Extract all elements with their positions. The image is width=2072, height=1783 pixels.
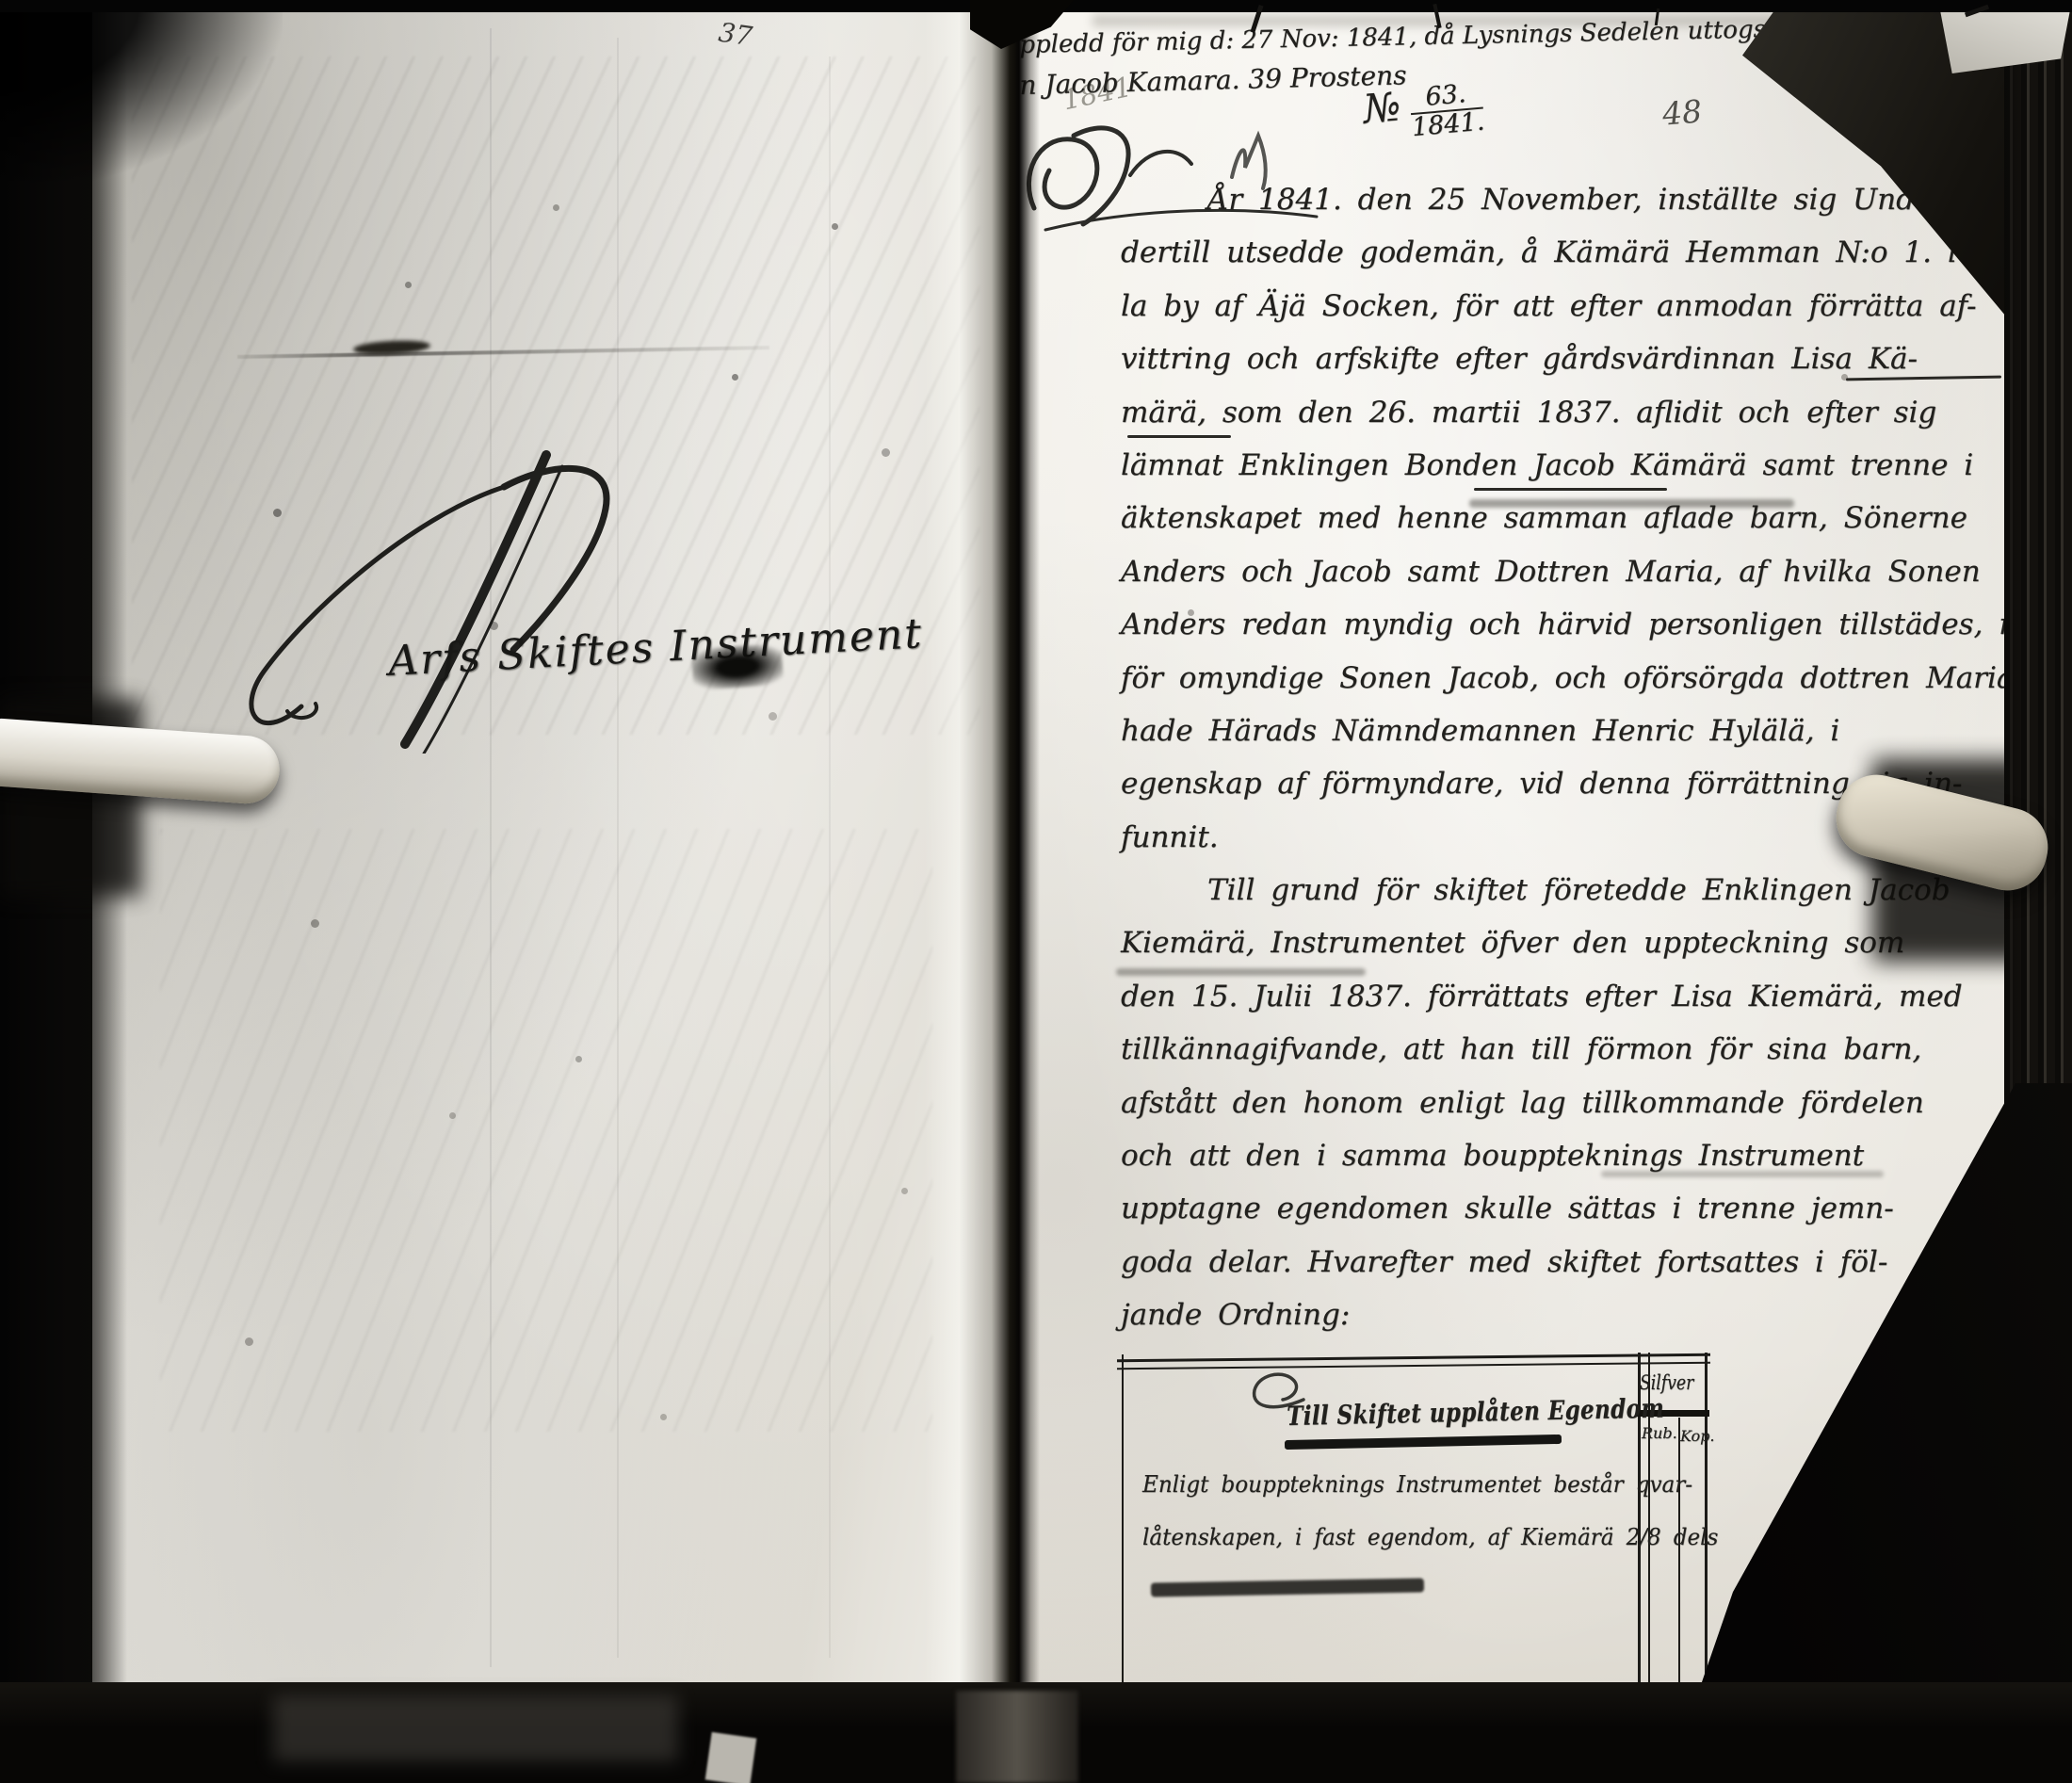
handwritten-line: vittring och arfskifte efter gårdsvärdin…: [1121, 332, 2015, 385]
handwritten-line: och att den i samma bouppteknings Instru…: [1121, 1129, 2015, 1182]
photo-corner-shadow: [0, 0, 283, 188]
kopeks-column-label: Kop.: [1680, 1427, 1714, 1445]
handwritten-line: märä, som den 26. martii 1837. aflidit o…: [1121, 386, 2015, 439]
account-column-rule: [1122, 1354, 1124, 1686]
handwritten-line: hade Härads Nämndemannen Henric Hylälä, …: [1121, 705, 2015, 757]
handwritten-line: äktenskapet med henne samman aflade barn…: [1121, 492, 2015, 544]
handwritten-line: Anders redan myndig och härvid personlig…: [1121, 598, 2015, 651]
page-edge-sliver: [705, 1732, 757, 1783]
archival-scan-photo: Arfs Skiftes Instrument 37 ppledd för mi…: [0, 0, 2072, 1783]
handwritten-line: afstått den honom enligt lag tillkommand…: [1121, 1077, 2015, 1129]
handwritten-line: Enligt bouppteknings Instrumentet består…: [1142, 1458, 1649, 1511]
case-number: № 63. 1841.: [1362, 80, 1486, 147]
handwritten-line: dertill utsedde godemän, å Kämärä Hemman…: [1121, 226, 2015, 279]
page-edges-bottom: [956, 1691, 1078, 1783]
handwritten-line: Anders och Jacob samt Dottren Maria, af …: [1121, 545, 2015, 598]
bleed-through-marks: [160, 829, 932, 1432]
handwritten-line: goda delar. Hvarefter med skiftet fortsa…: [1121, 1236, 2015, 1289]
handwritten-line: för omyndige Sonen Jacob, och oförsörgda…: [1121, 652, 2015, 705]
handwritten-line: låtenskapen, i fast egendom, af Kiemärä …: [1142, 1511, 1649, 1564]
rubles-column-label: Rub.: [1642, 1424, 1677, 1442]
handwritten-line: lämnat Enklingen Bonden Jacob Kämärä sam…: [1121, 439, 2015, 492]
handwritten-line: upptagne egendomen skulle sättas i trenn…: [1121, 1182, 2015, 1235]
photo-bottom-blotch: [273, 1695, 678, 1761]
money-column-header: Silfver: [1640, 1371, 1693, 1394]
page-fold-line: [617, 38, 619, 1658]
handwritten-body: År 1841. den 25 November, inställte sig …: [1121, 173, 2015, 1342]
ink-blot: [691, 643, 785, 691]
handwritten-line: den 15. Julii 1837. förrättats efter Lis…: [1121, 970, 2015, 1023]
handwritten-line: la by af Äjä Socken, för att efter anmod…: [1121, 280, 2015, 332]
page-fold-line: [490, 28, 492, 1667]
numero-sign: №: [1362, 87, 1402, 129]
page-number: 48: [1660, 92, 1703, 133]
book-gutter-shadow: [925, 0, 1040, 1783]
page-fold-line: [829, 57, 831, 1658]
signature-monogram: [231, 429, 673, 754]
handwritten-line: År 1841. den 25 November, inställte sig …: [1121, 173, 2015, 226]
footer-handwritten-lines: Enligt bouppteknings Instrumentet består…: [1142, 1458, 1649, 1564]
margin-number: 37: [717, 17, 754, 53]
case-number-fraction: 63. 1841.: [1408, 80, 1485, 142]
handwritten-line: tillkännagifvande, att han till förmon f…: [1121, 1023, 2015, 1076]
